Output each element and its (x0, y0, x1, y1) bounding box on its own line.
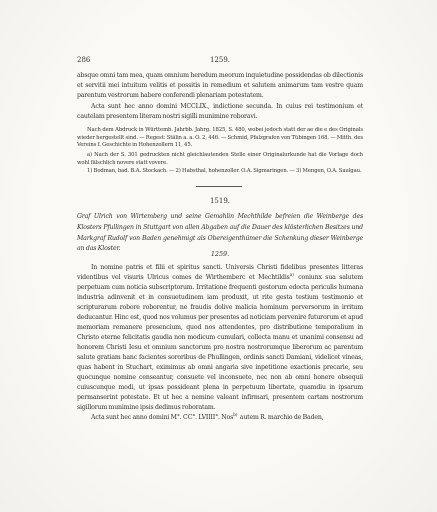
footnote-places: 1) Bodman, bad. B.A. Stockach. — 2) Habs… (77, 168, 363, 176)
source-note: Nach dem Abdruck in Württemb. Jahrbb. Ja… (77, 127, 363, 150)
running-head-year: 1259. (77, 56, 363, 64)
section-divider (196, 186, 242, 187)
charter-number: 1519. (77, 197, 363, 205)
previous-charter-acta: Acta sunt hec anno domini MCCLIX., indic… (77, 102, 363, 122)
charter-body-paragraph: In nomine patris et filii et spiritus sa… (77, 263, 363, 413)
footnote-marker-b: b) (233, 413, 237, 418)
scanned-book-page: 286 1259. absque omni tam mea, quam omni… (0, 0, 437, 512)
footnote-marker-a: a) (290, 273, 294, 278)
charter-acta-paragraph: Acta sunt hec anno domini M°. CC°. LVIII… (77, 413, 363, 423)
page-header: 286 1259. (77, 56, 363, 68)
charter-acta-text-1: Acta sunt hec anno domini M°. CC°. LVIII… (91, 414, 233, 421)
footnote-a: a) Nach der S. 301 gedruckten nicht glei… (77, 152, 363, 167)
charter-body: In nomine patris et filii et spiritus sa… (77, 263, 363, 423)
charter-acta-text-2: autem R. marchio de Baden, (238, 414, 323, 421)
charter-date: 1259. (77, 250, 363, 258)
charter-regest: Graf Ulrich von Wirtemberg und seine Gem… (77, 212, 363, 255)
previous-charter-body-end: absque omni tam mea, quam omnium heredum… (77, 71, 363, 101)
charter-body-text-2: coniunx sua salutem perpetuam cum notici… (77, 274, 363, 411)
